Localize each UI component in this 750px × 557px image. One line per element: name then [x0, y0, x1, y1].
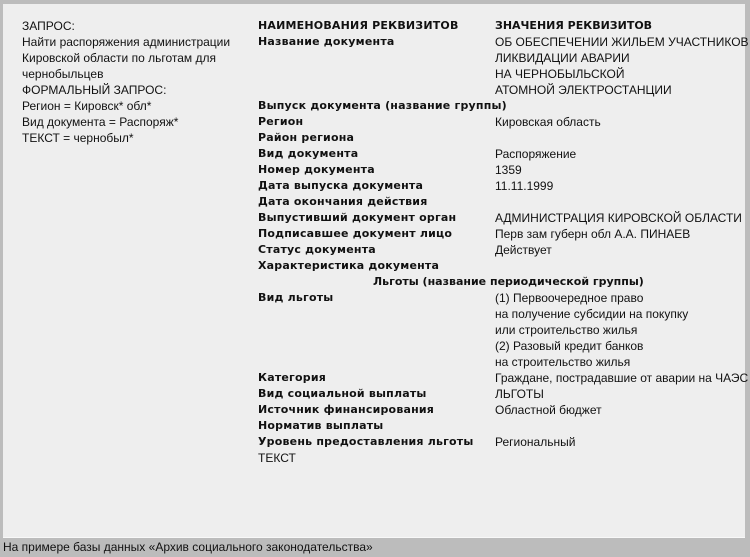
attribute-value: Региональный: [495, 434, 745, 450]
attribute-value: 11.11.1999: [495, 178, 745, 194]
attribute-value-empty: [495, 98, 745, 114]
attribute-value: Областной бюджет: [495, 402, 745, 418]
attribute-value: НА ЧЕРНОБЫЛЬСКОЙ: [495, 66, 745, 82]
attribute-value: АТОМНОЙ ЭЛЕКТРОСТАНЦИИ: [495, 82, 745, 98]
attribute-value: (2) Разовый кредит банков: [495, 338, 745, 354]
attribute-value: Кировская область: [495, 114, 745, 130]
attribute-value-empty: [495, 130, 745, 146]
attribute-value: ОБ ОБЕСПЕЧЕНИИ ЖИЛЬЕМ УЧАСТНИКОВ: [495, 34, 745, 50]
attribute-name: Категория: [258, 370, 496, 386]
attribute-name: Выпуск документа (название группы): [258, 98, 496, 114]
spacer: [258, 322, 496, 338]
query-column: ЗАПРОС: Найти распоряжения администрации…: [22, 18, 252, 146]
attribute-value: на строительство жилья: [495, 354, 745, 370]
query-text-line: Кировской области по льготам для: [22, 50, 252, 66]
attribute-name: Вид льготы: [258, 290, 496, 306]
document-card-panel: ЗАПРОС: Найти распоряжения администрации…: [3, 4, 745, 538]
formal-query-title: ФОРМАЛЬНЫЙ ЗАПРОС:: [22, 82, 252, 98]
attribute-name: Характеристика документа: [258, 258, 496, 274]
attribute-value-empty: [495, 258, 745, 274]
attribute-value: ЛИКВИДАЦИИ АВАРИИ: [495, 50, 745, 66]
attribute-name: Номер документа: [258, 162, 496, 178]
attribute-name: Статус документа: [258, 242, 496, 258]
spacer: [258, 354, 496, 370]
attribute-names-column: НАИМЕНОВАНИЯ РЕКВИЗИТОВ Название докумен…: [258, 18, 496, 466]
attribute-name: Дата окончания действия: [258, 194, 496, 210]
spacer: [258, 50, 496, 66]
attribute-value: Перв зам губерн обл А.А. ПИНАЕВ: [495, 226, 745, 242]
text-label: ТЕКСТ: [258, 450, 496, 466]
attribute-name: Дата выпуска документа: [258, 178, 496, 194]
attribute-value: Действует: [495, 242, 745, 258]
attribute-name: Район региона: [258, 130, 496, 146]
attribute-name: Вид документа: [258, 146, 496, 162]
spacer: [258, 82, 496, 98]
names-header: НАИМЕНОВАНИЯ РЕКВИЗИТОВ: [258, 18, 496, 34]
query-text-line: Найти распоряжения администрации: [22, 34, 252, 50]
spacer: [258, 306, 496, 322]
values-header: ЗНАЧЕНИЯ РЕКВИЗИТОВ: [495, 18, 745, 34]
attribute-name: Уровень предоставления льготы: [258, 434, 496, 450]
attribute-name: Подписавшее документ лицо: [258, 226, 496, 242]
attribute-value-empty: [495, 418, 745, 434]
attribute-value: или строительство жилья: [495, 322, 745, 338]
attribute-value-empty: [495, 194, 745, 210]
formal-query-line: Регион = Кировск* обл*: [22, 98, 252, 114]
attribute-name: Источник финансирования: [258, 402, 496, 418]
attribute-value: ЛЬГОТЫ: [495, 386, 745, 402]
attribute-name: Выпустивший документ орган: [258, 210, 496, 226]
periodic-group-title: Льготы (название периодической группы): [373, 274, 644, 290]
attribute-values-column: ЗНАЧЕНИЯ РЕКВИЗИТОВ ОБ ОБЕСПЕЧЕНИИ ЖИЛЬЕ…: [495, 18, 745, 450]
formal-query-line: Вид документа = Распоряж*: [22, 114, 252, 130]
attribute-value: Распоряжение: [495, 146, 745, 162]
attribute-name: Название документа: [258, 34, 496, 50]
query-title: ЗАПРОС:: [22, 18, 252, 34]
attribute-name: Регион: [258, 114, 496, 130]
attribute-value: (1) Первоочередное право: [495, 290, 745, 306]
spacer: [258, 338, 496, 354]
attribute-name: Вид социальной выплаты: [258, 386, 496, 402]
attribute-value: на получение субсидии на покупку: [495, 306, 745, 322]
attribute-value: Граждане, пострадавшие от аварии на ЧАЭС: [495, 370, 745, 386]
query-text-line: чернобыльцев: [22, 66, 252, 82]
attribute-value: 1359: [495, 162, 745, 178]
formal-query-line: ТЕКСТ = чернобыл*: [22, 130, 252, 146]
caption: На примере базы данных «Архив социальног…: [3, 539, 373, 555]
spacer: [258, 66, 496, 82]
attribute-value: АДМИНИСТРАЦИЯ КИРОВСКОЙ ОБЛАСТИ: [495, 210, 745, 226]
attribute-name: Норматив выплаты: [258, 418, 496, 434]
